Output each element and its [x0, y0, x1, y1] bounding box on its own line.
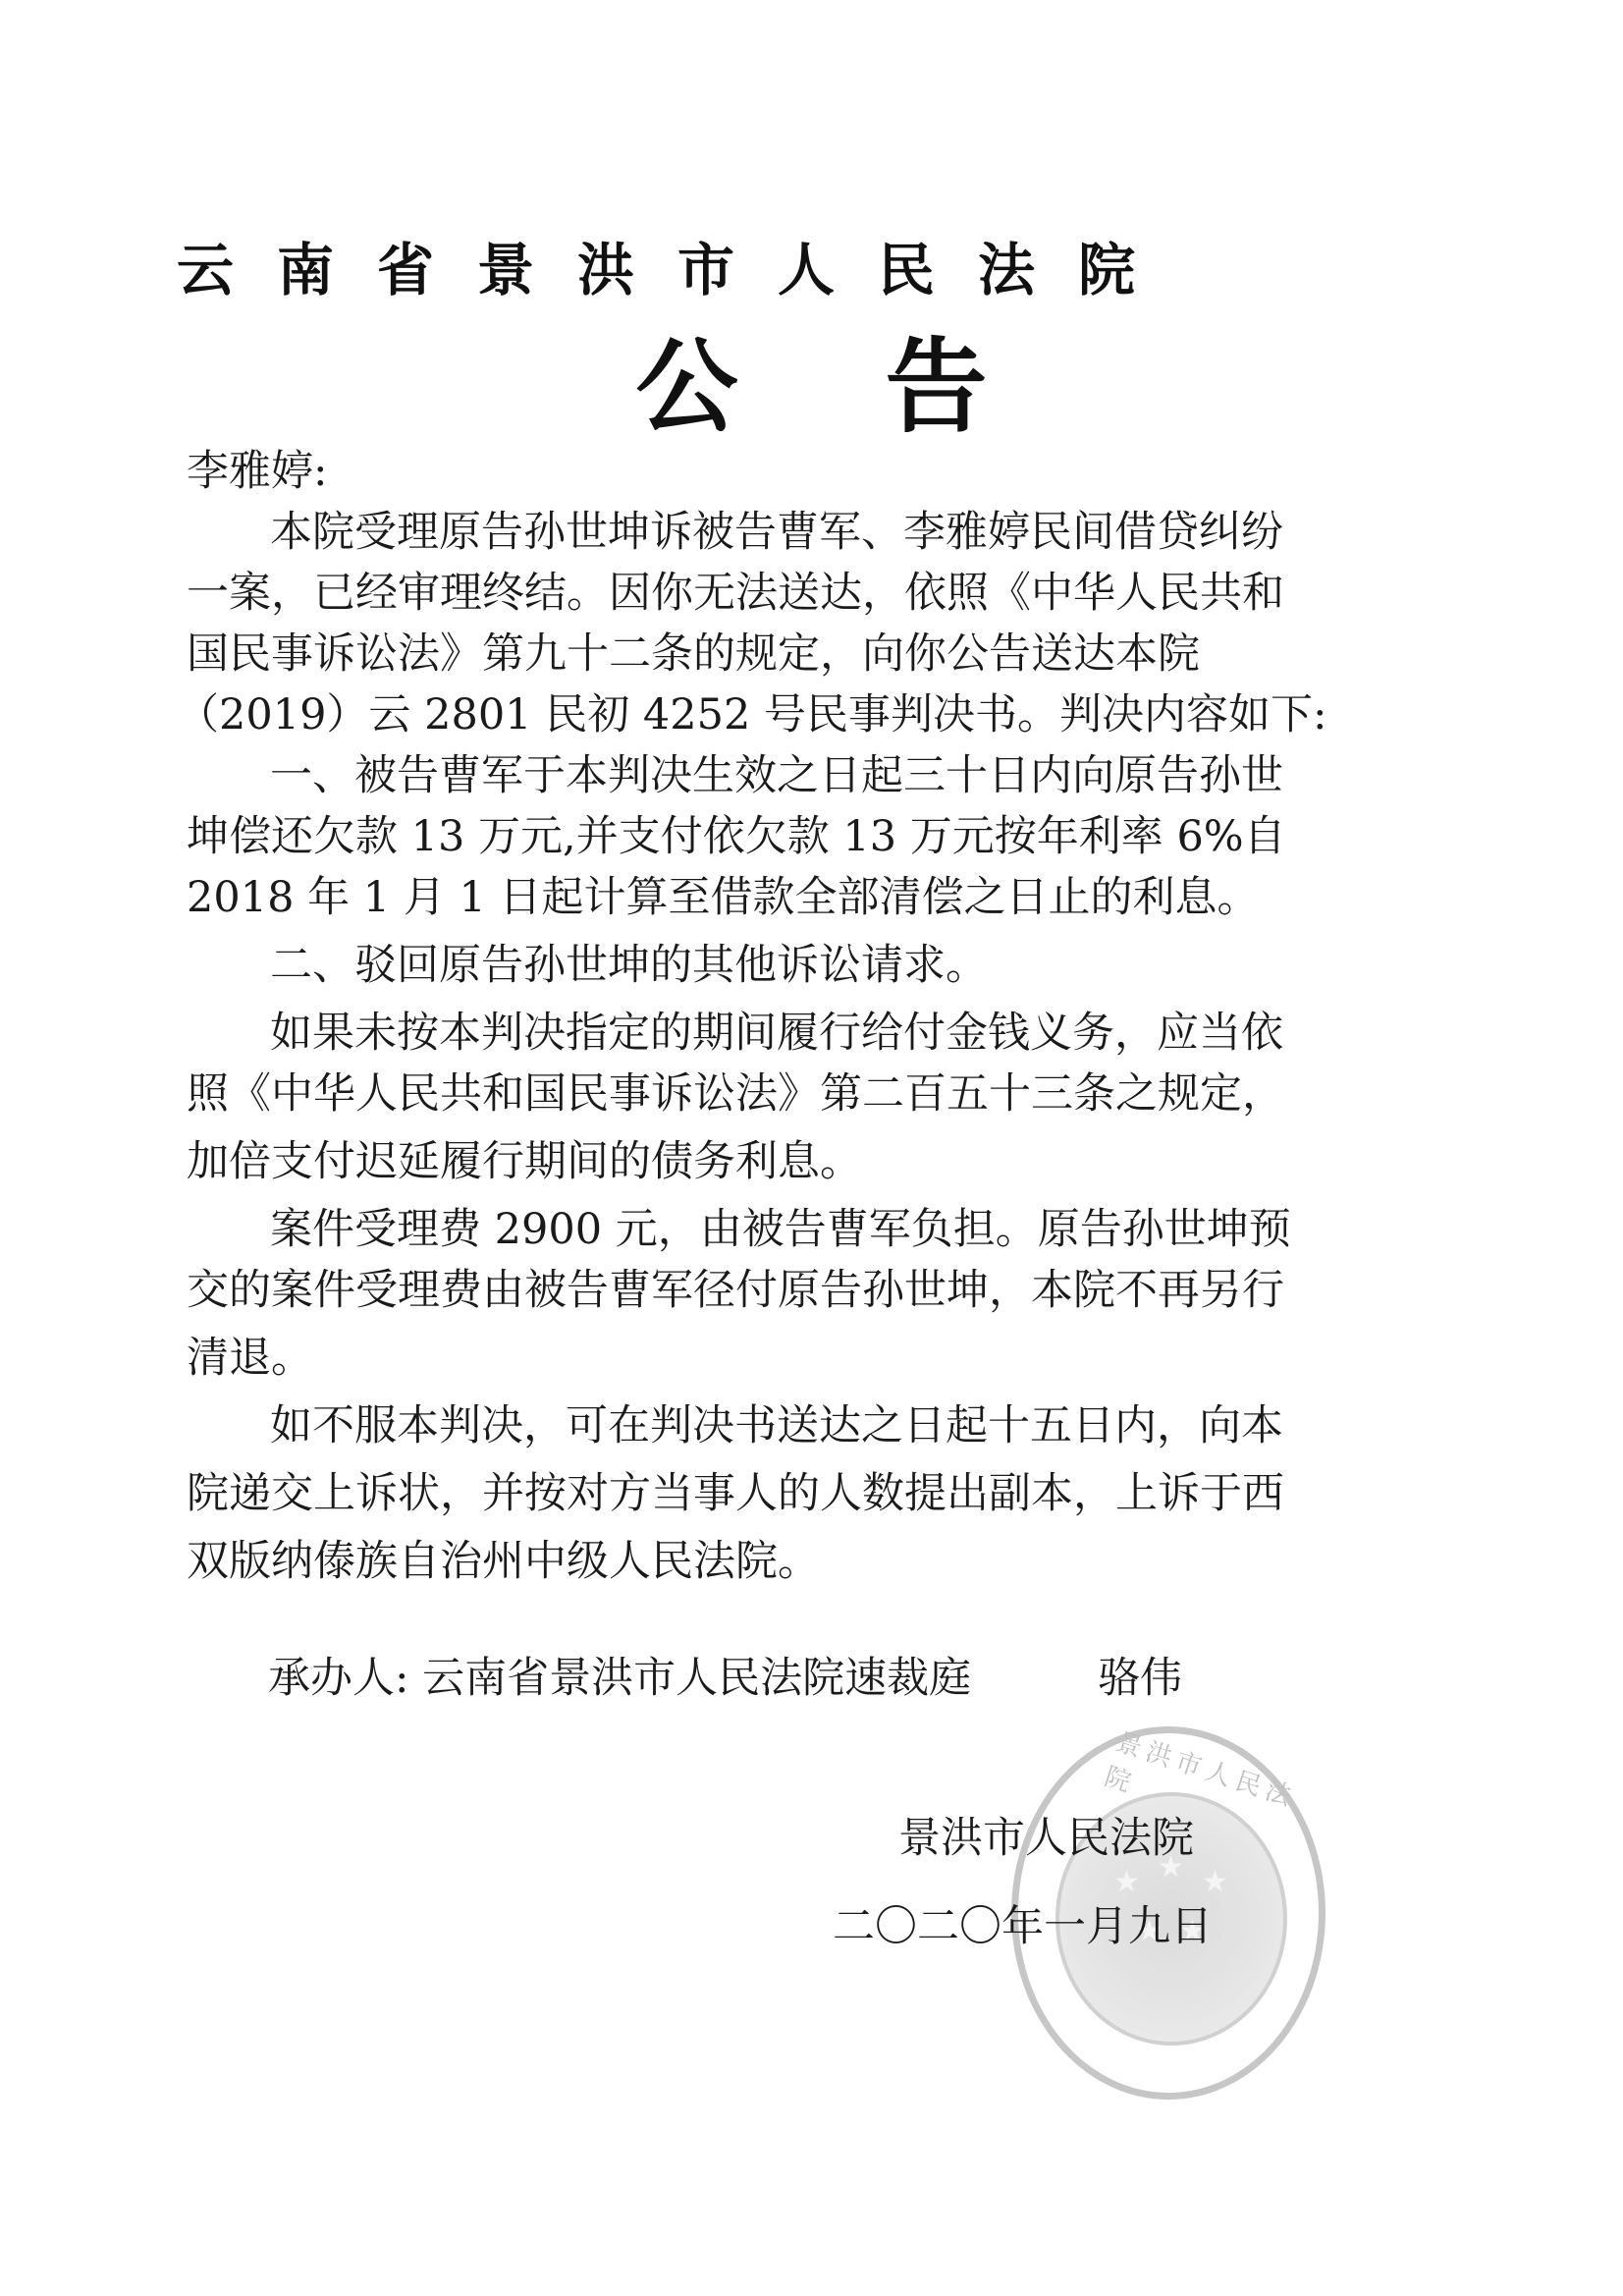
court-name-heading: 云南省景洪市人民法院	[177, 224, 1316, 306]
body-line: 如果未按本判决指定的期间履行给付金钱义务，应当依	[270, 1012, 1283, 1055]
body-line: 坤偿还欠款 13 万元,并支付依欠款 13 万元按年利率 6%自	[187, 816, 1286, 858]
appeal-paragraph: 如不服本判决，可在判决书送达之日起十五日内，向本	[270, 1405, 1283, 1448]
handler-label: 承办人: 云南省景洪市人民法院速裁庭	[268, 1658, 971, 1700]
body-line: 一案，已经审理终结。因你无法送达，依照《中华人民共和	[187, 573, 1284, 615]
body-line: 院递交上诉状，并按对方当事人的人数提出副本，上诉于西	[187, 1473, 1284, 1515]
body-line: 交的案件受理费由被告曹军径付原告孙世坤，本院不再另行	[187, 1270, 1284, 1312]
body-line: （2019）云 2801 民初 4252 号民事判决书。判决内容如下:	[177, 694, 1326, 737]
body-line: 双版纳傣族自治州中级人民法院。	[187, 1541, 820, 1583]
notice-title: 公告	[0, 304, 1623, 452]
judgment-item-2: 二、驳回原告孙世坤的其他诉讼请求。	[270, 945, 988, 987]
body-line: 国民事诉讼法》第九十二条的规定，向你公告送达本院	[187, 633, 1200, 676]
body-line: 本院受理原告孙世坤诉被告曹军、李雅婷民间借贷纠纷	[270, 512, 1283, 554]
signing-court: 景洪市人民法院	[898, 1805, 1194, 1865]
body-line: 加倍支付迟延履行期间的债务利息。	[187, 1141, 862, 1183]
handler-name: 骆伟	[1098, 1658, 1182, 1700]
signing-date: 二〇二〇年一月九日	[833, 1893, 1213, 1953]
addressee: 李雅婷:	[187, 451, 328, 493]
body-line: 清退。	[187, 1338, 313, 1380]
body-line: 2018 年 1 月 1 日起计算至借款全部清偿之日止的利息。	[187, 877, 1260, 919]
body-line: 照《中华人民共和国民事诉讼法》第二百五十三条之规定，	[187, 1073, 1284, 1116]
fee-paragraph: 案件受理费 2900 元，由被告曹军负担。原告孙世坤预	[270, 1209, 1291, 1251]
judgment-item-1: 一、被告曹军于本判决生效之日起三十日内向原告孙世	[270, 755, 1283, 797]
